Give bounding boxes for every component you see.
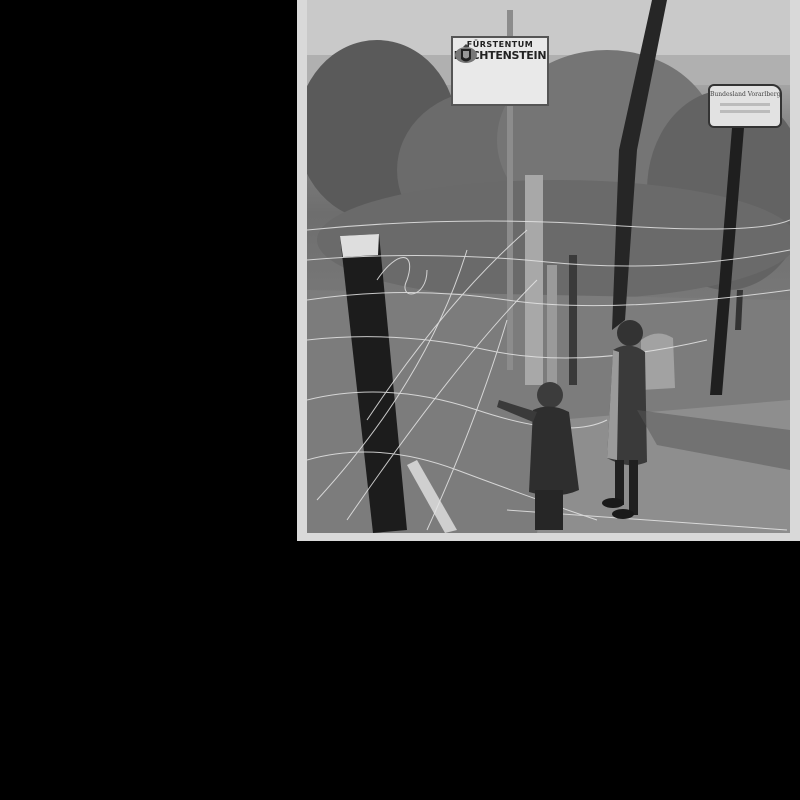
photo-print: FÜRSTENTUM LIECHTENSTEIN Bundesland Vora… (297, 0, 800, 541)
liechtenstein-border-sign: FÜRSTENTUM LIECHTENSTEIN (451, 36, 549, 106)
illegible-text-line (720, 110, 770, 113)
vorarlberg-sign: Bundesland Vorarlberg (708, 84, 782, 128)
right-sign-text: Bundesland Vorarlberg (710, 90, 780, 99)
illegible-text-line (720, 103, 770, 106)
coat-of-arms-icon (453, 42, 479, 68)
photograph: FÜRSTENTUM LIECHTENSTEIN Bundesland Vora… (307, 0, 790, 533)
